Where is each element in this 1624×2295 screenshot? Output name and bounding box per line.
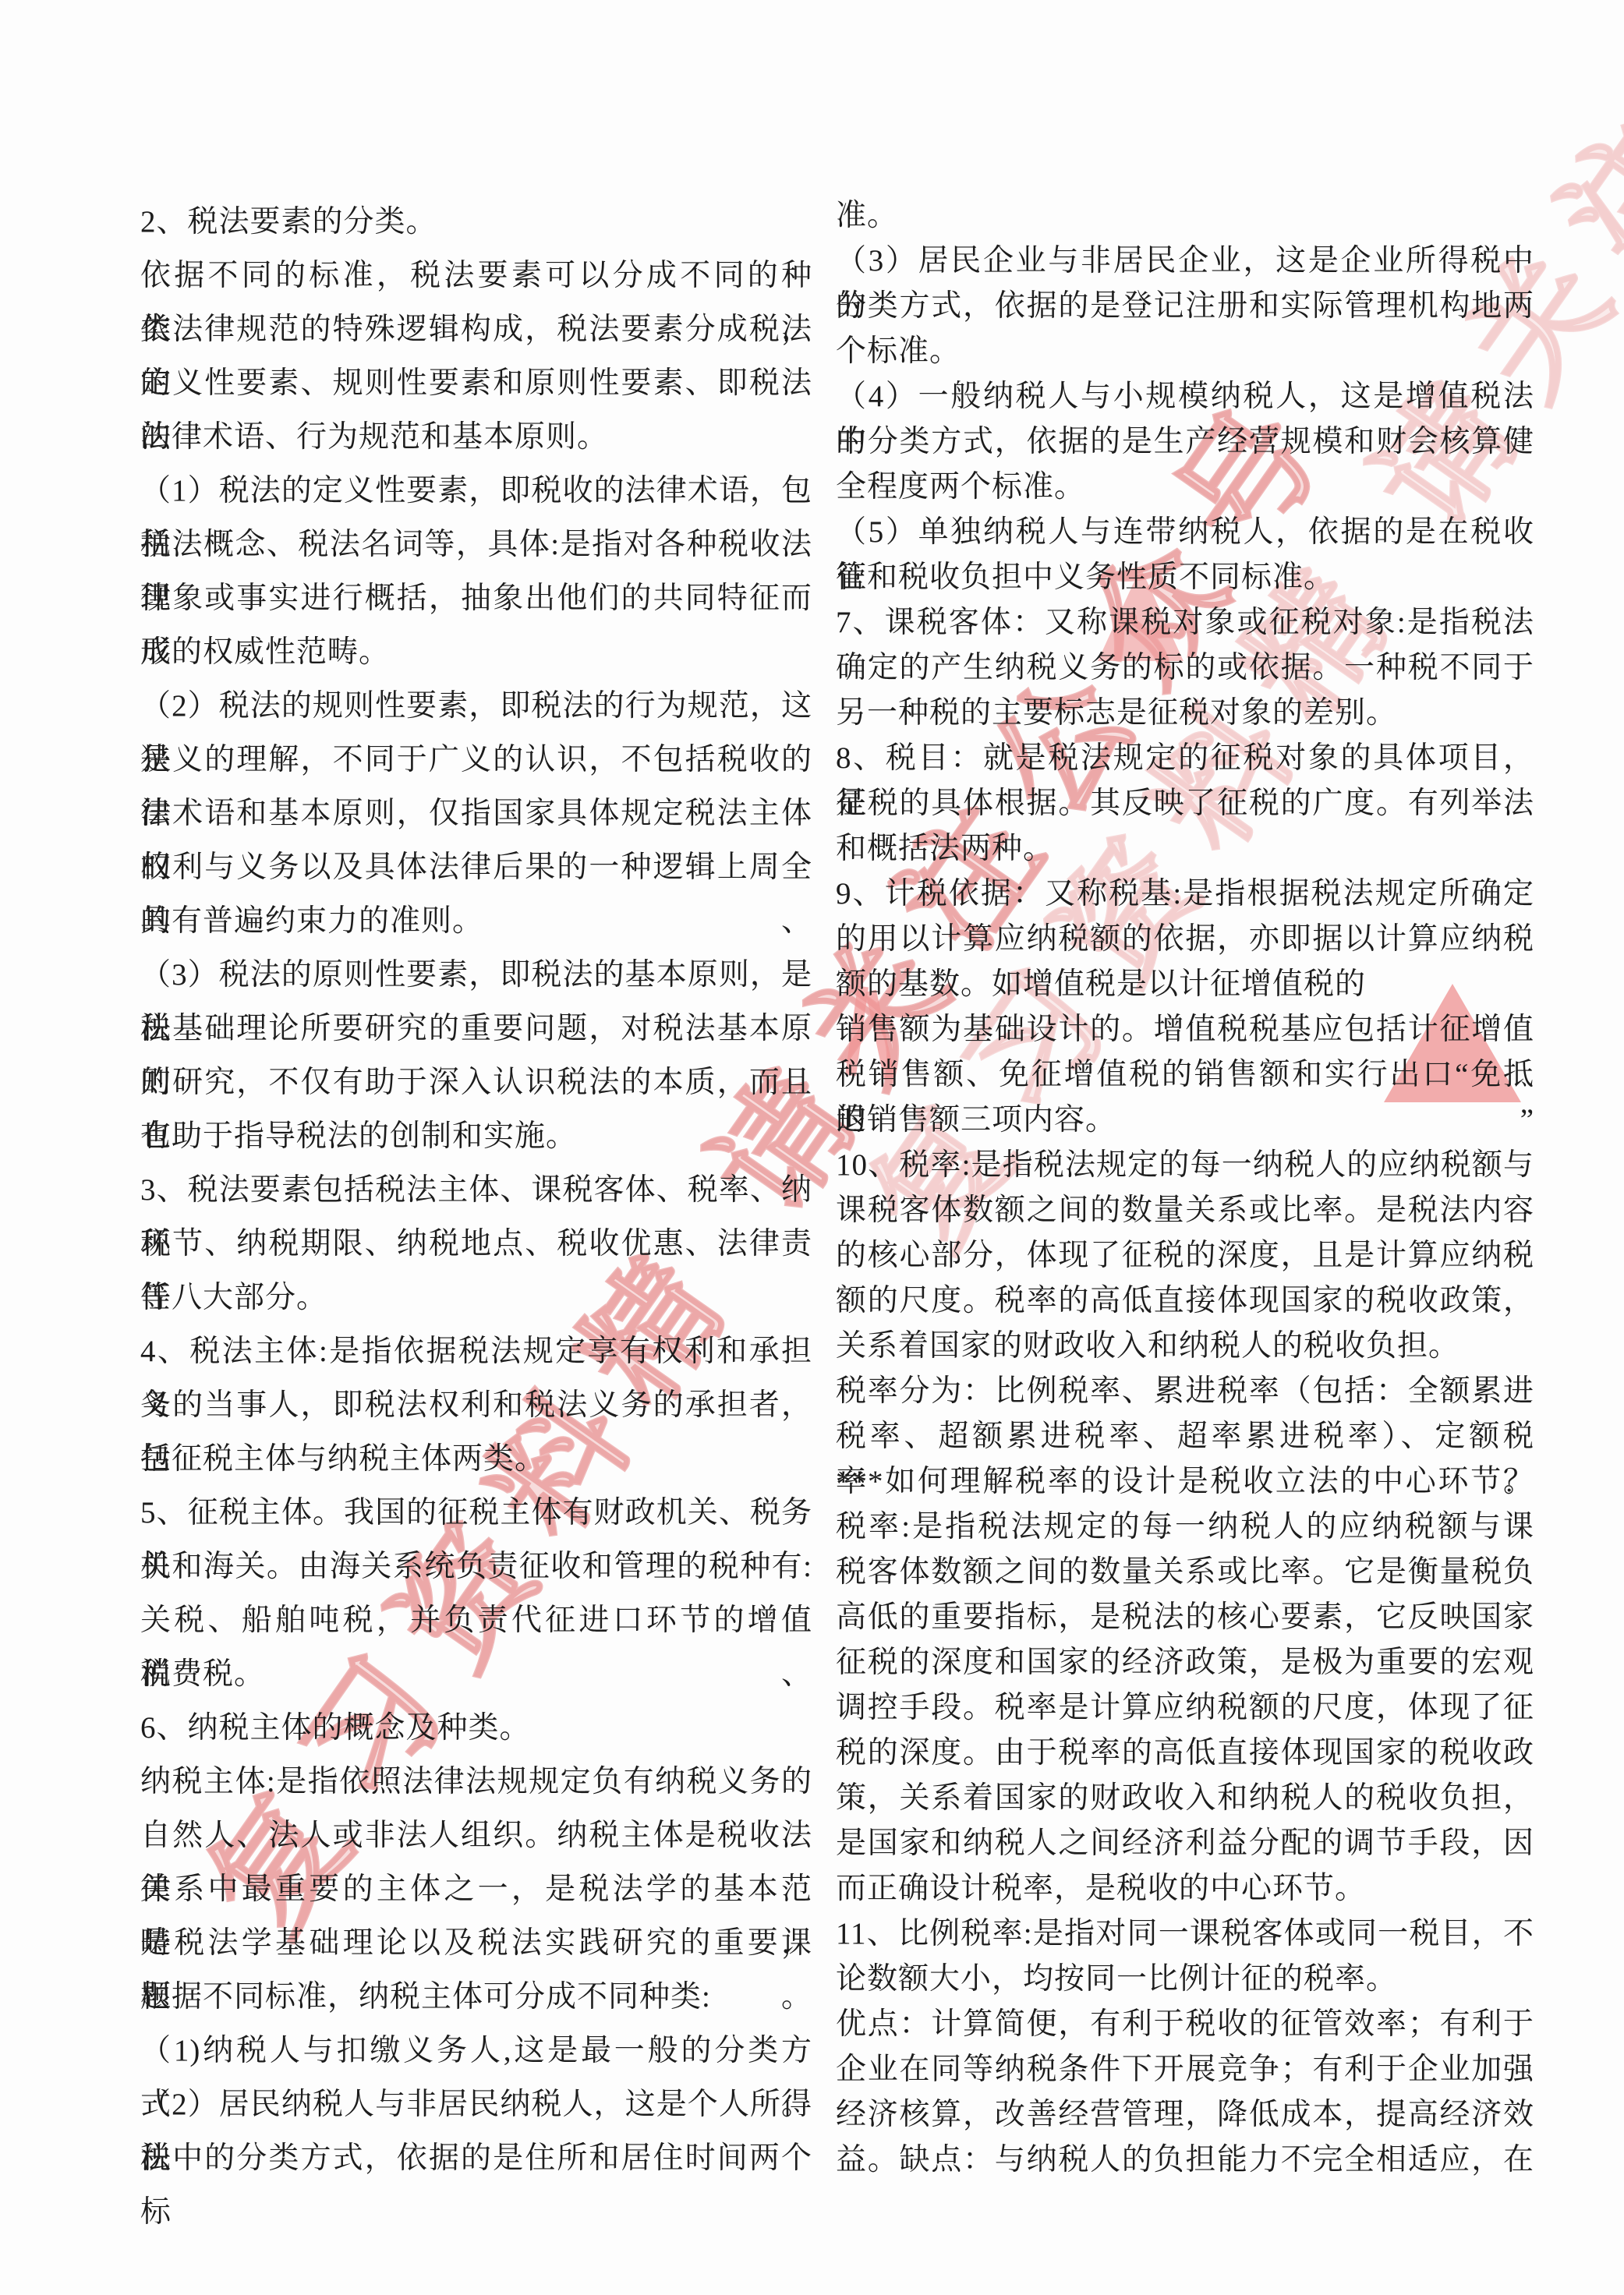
text-line: 全程度两个标准。 (836, 465, 1534, 510)
text-line: 税销售额、免征增值税的销售额和实行出口“免抵退” (836, 1052, 1534, 1098)
text-column-right: 准。（3）居民企业与非居民企业，这是企业所得税中的分类方式，依据的是登记注册和实… (836, 193, 1534, 2183)
text-line: 关和海关。由海关系统负责征收和管理的税种有: (140, 1540, 812, 1593)
text-line: 的研究，不仅有助于深入认识税法的本质，而且也 (140, 1056, 812, 1109)
text-line: 3、税法要素包括税法主体、课税客体、税率、纳税 (140, 1163, 812, 1217)
text-line: 额的尺度。税率的高低直接体现国家的税收政策， (836, 1278, 1534, 1324)
text-line: 课税客体数额之间的数量关系或比率。是税法内容 (836, 1188, 1534, 1233)
text-line: 征税的深度和国家的经济政策，是极为重要的宏观 (836, 1640, 1534, 1685)
text-line: 10、税率:是指税法规定的每一纳税人的应纳税额与 (836, 1143, 1534, 1188)
text-line: 等八大部分。 (140, 1271, 812, 1324)
text-line: 定义性要素、规则性要素和原则性要素、即税法的 (140, 356, 812, 410)
text-line: 括征税主体与纳税主体两类。 (140, 1432, 812, 1486)
text-line: 7、课税客体：又称课税对象或征税对象:是指税法 (836, 600, 1534, 645)
text-line: 狭义的理解，不同于广义的认识，不包括税收的法 (140, 733, 812, 787)
text-line: 额的基数。如增值税是以计征增值税的 (836, 962, 1534, 1007)
text-line: 销售额为基础设计的。增值税税基应包括计征增值 (836, 1007, 1534, 1052)
text-line: 法律术语、行为规范和基本原则。 (140, 410, 812, 464)
text-line: 准。 (836, 193, 1534, 239)
text-line: 2、税法要素的分类。 (140, 195, 812, 249)
text-line: 的用以计算应纳税额的依据，亦即据以计算应纳税 (836, 917, 1534, 962)
text-line: （2）居民纳税人与非居民纳税人，这是个人所得税 (140, 2078, 812, 2131)
text-line: 税率:是指税法规定的每一纳税人的应纳税额与课 (836, 1505, 1534, 1550)
text-line: 法基础理论所要研究的重要问题，对税法基本原则 (140, 1002, 812, 1056)
text-line: 成的权威性范畴。 (140, 625, 812, 679)
text-line: 权利与义务以及具体法律后果的一种逻辑上周全的、 (140, 840, 812, 894)
text-line: 征税的具体根据。其反映了征税的广度。有列举法 (836, 781, 1534, 826)
text-line: 而正确设计税率，是税收的中心环节。 (836, 1866, 1534, 1911)
text-line: 关系中最重要的主体之一，是税法学的基本范畴， (140, 1862, 812, 1916)
text-line: 有助于指导税法的创制和实施。 (140, 1109, 812, 1163)
text-line: 律术语和基本原则，仅指国家具体规定税法主体的 (140, 787, 812, 840)
text-line: 管和税收负担中义务性质不同标准。 (836, 555, 1534, 600)
text-line: （4）一般纳税人与小规模纳税人，这是增值税法中 (836, 374, 1534, 419)
text-line: 个标准。 (836, 329, 1534, 374)
text-line: （1)纳税人与扣缴义务人,这是最一般的分类方式。 (140, 2024, 812, 2078)
text-line: 论数额大小，均按同一比例计征的税率。 (836, 1957, 1534, 2002)
text-column-left: 2、税法要素的分类。依据不同的标准，税法要素可以分成不同的种类，依法律规范的特殊… (140, 195, 812, 2185)
text-line: 依法律规范的特殊逻辑构成，税法要素分成税法的 (140, 302, 812, 356)
text-line: 税客体数额之间的数量关系或比率。它是衡量税负 (836, 1550, 1534, 1595)
text-line: （1）税法的定义性要素，即税收的法律术语，包括 (140, 464, 812, 518)
text-line: 税率、超额累进税率、超率累进税率）、定额税率。 (836, 1414, 1534, 1459)
text-line: 关系着国家的财政收入和纳税人的税收负担。 (836, 1324, 1534, 1369)
text-line: 另一种税的主要标志是征税对象的差别。 (836, 691, 1534, 736)
text-line: 6、纳税主体的概念及种类。 (140, 1701, 812, 1755)
text-line: 税法概念、税法名词等，具体:是指对各种税收法律 (140, 518, 812, 571)
text-line: 务的当事人，即税法权利和税法义务的承担者，包 (140, 1378, 812, 1432)
text-line: 调控手段。税率是计算应纳税额的尺度，体现了征 (836, 1685, 1534, 1731)
text-line: ***如何理解税率的设计是税收立法的中心环节？ (836, 1459, 1534, 1505)
text-line: 自然人、法人或非法人组织。纳税主体是税收法律 (140, 1809, 812, 1862)
text-line: 环节、纳税期限、纳税地点、税收优惠、法律责任 (140, 1217, 812, 1271)
document-page: 复习资料精 请关注公众号 复习资料精 请关注公众号 2、税法要素的分类。依据不同… (0, 0, 1624, 2295)
text-line: 纳税主体:是指依照法律法规规定负有纳税义务的 (140, 1755, 812, 1809)
text-line: 企业在同等纳税条件下开展竞争；有利于企业加强 (836, 2047, 1534, 2092)
text-line: 优点：计算简便，有利于税收的征管效率；有利于 (836, 2002, 1534, 2047)
text-line: 是国家和纳税人之间经济利益分配的调节手段，因 (836, 1821, 1534, 1866)
text-line: 的核心部分，体现了征税的深度，且是计算应纳税 (836, 1233, 1534, 1278)
text-line: 关税、船舶吨税，并负责代征进口环节的增值税、 (140, 1593, 812, 1647)
text-line: 4、税法主体:是指依据税法规定享有权利和承担义 (140, 1324, 812, 1378)
text-line: 和概括法两种。 (836, 826, 1534, 872)
text-line: 确定的产生纳税义务的标的或依据。一种税不同于 (836, 645, 1534, 691)
text-line: （3）居民企业与非居民企业，这是企业所得税中的 (836, 239, 1534, 284)
text-line: 高低的重要指标，是税法的核心要素，它反映国家 (836, 1595, 1534, 1640)
text-line: 经济核算，改善经营管理，降低成本，提高经济效 (836, 2092, 1534, 2138)
text-line: 依据不同的标准，税法要素可以分成不同的种类， (140, 249, 812, 302)
text-line: 8、税目：就是税法规定的征税对象的具体项目，是 (836, 736, 1534, 781)
text-line: 分类方式，依据的是登记注册和实际管理机构地两 (836, 284, 1534, 329)
text-line: 策，关系着国家的财政收入和纳税人的税收负担， (836, 1776, 1534, 1821)
text-line: 现象或事实进行概括，抽象出他们的共同特征而形 (140, 571, 812, 625)
text-line: 益。缺点：与纳税人的负担能力不完全相适应，在 (836, 2138, 1534, 2183)
text-line: 5、征税主体。我国的征税主体有财政机关、税务机 (140, 1486, 812, 1540)
text-line: （3）税法的原则性要素，即税法的基本原则，是税 (140, 948, 812, 1002)
text-line: 税的深度。由于税率的高低直接体现国家的税收政 (836, 1731, 1534, 1776)
text-line: （5）单独纳税人与连带纳税人，依据的是在税收征 (836, 510, 1534, 555)
text-line: （2）税法的规则性要素，即税法的行为规范，这是 (140, 679, 812, 733)
text-line: 9、计税依据：又称税基:是指根据税法规定所确定 (836, 872, 1534, 917)
text-line: 是税法学基础理论以及税法实践研究的重要课题。 (140, 1916, 812, 1970)
text-line: 法中的分类方式，依据的是住所和居住时间两个标 (140, 2131, 812, 2185)
text-line: 11、比例税率:是指对同一课税客体或同一税目，不 (836, 1911, 1534, 1957)
text-line: 的分类方式，依据的是生产经营规模和财会核算健 (836, 419, 1534, 465)
text-line: 税率分为：比例税率、累进税率（包括：全额累进 (836, 1369, 1534, 1414)
